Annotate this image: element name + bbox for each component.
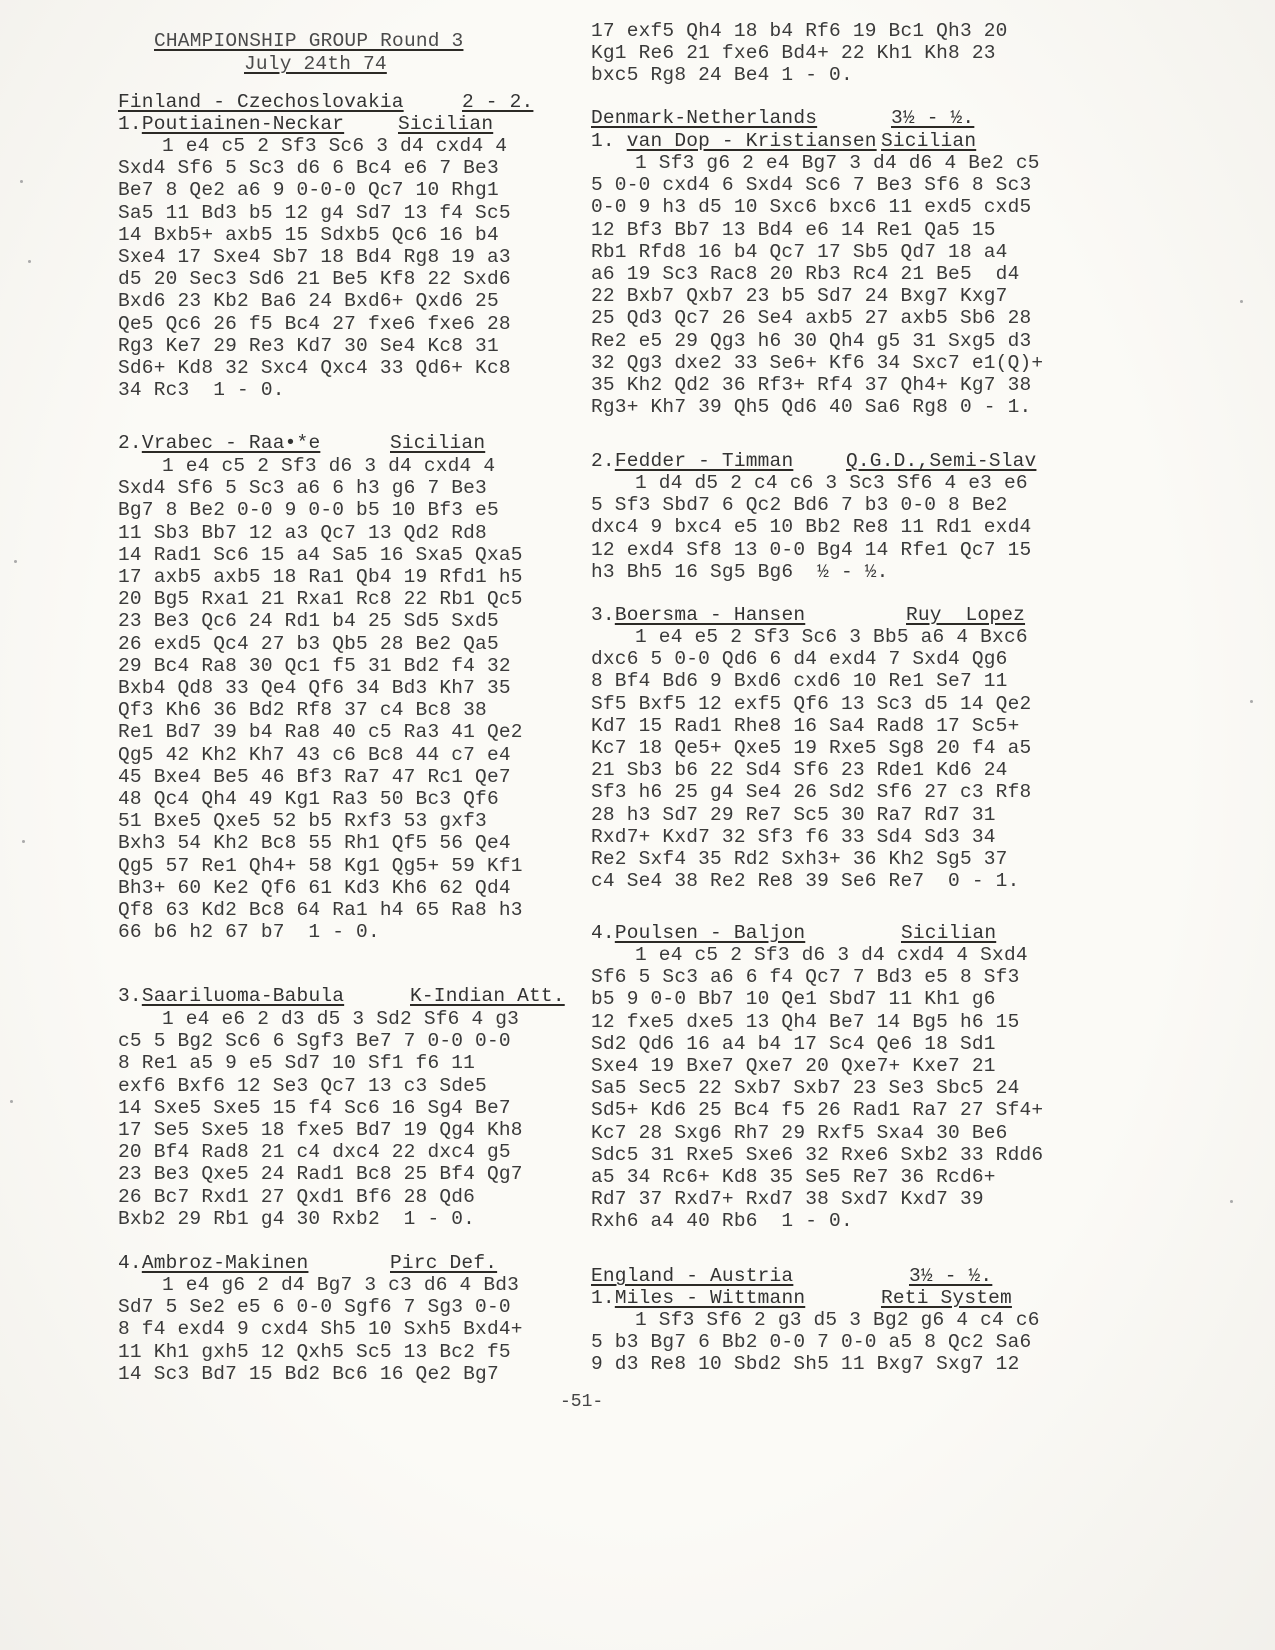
move-line: Sa5 11 Bd3 b5 12 g4 Sd7 13 f4 Sc5 (118, 202, 511, 224)
move-line: 26 exd5 Qc4 27 b3 Qb5 28 Be2 Qa5 (118, 633, 499, 655)
game-heading: 3.Saariluoma-Babula (118, 985, 344, 1007)
game-opening: Q.G.D.,Semi-Slav (846, 450, 1036, 472)
game-players: Poulsen - Baljon (615, 922, 805, 944)
move-line: 28 h3 Sd7 29 Re7 Sc5 30 Ra7 Rd7 31 (591, 804, 996, 826)
move-line: dxc6 5 0-0 Qd6 6 d4 exd4 7 Sxd4 Qg6 (591, 648, 1008, 670)
move-line: 26 Bc7 Rxd1 27 Qxd1 Bf6 28 Qd6 (118, 1186, 475, 1208)
game-opening: Sicilian (390, 432, 485, 454)
move-line: dxc4 9 bxc4 e5 10 Bb2 Re8 11 Rd1 exd4 (591, 516, 1031, 538)
game-number: 4. (591, 922, 615, 944)
paper-speck (10, 1100, 13, 1103)
game-heading: 3.Boersma - Hansen (591, 604, 805, 626)
move-line: 5 b3 Bg7 6 Bb2 0-0 7 0-0 a5 8 Qc2 Sa6 (591, 1331, 1031, 1353)
move-line: 14 Bxb5+ axb5 15 Sdxb5 Qc6 16 b4 (118, 224, 499, 246)
paper-speck (14, 560, 17, 563)
move-line: Qe5 Qc6 26 f5 Bc4 27 fxe6 fxe6 28 (118, 313, 511, 335)
move-line: c5 5 Bg2 Sc6 6 Sgf3 Be7 7 0-0 0-0 (118, 1030, 511, 1052)
move-line: Bg7 8 Be2 0-0 9 0-0 b5 10 Bf3 e5 (118, 499, 499, 521)
page-number: -51- (560, 1392, 603, 1412)
move-line: 8 Bf4 Bd6 9 Bxd6 cxd6 10 Re1 Se7 11 (591, 670, 1008, 692)
move-line: b5 9 0-0 Bb7 10 Qe1 Sbd7 11 Kh1 g6 (591, 988, 996, 1010)
move-line: Rxh6 a4 40 Rb6 1 - 0. (591, 1210, 853, 1232)
game-opening: Sicilian (901, 922, 996, 944)
move-line: 23 Be3 Qc6 24 Rd1 b4 25 Sd5 Sxd5 (118, 610, 499, 632)
move-line: 14 Sxe5 Sxe5 15 f4 Sc6 16 Sg4 Be7 (118, 1097, 511, 1119)
game-number: 3. (591, 604, 615, 626)
move-line: 9 d3 Re8 10 Sbd2 Sh5 11 Bxg7 Sxg7 12 (591, 1353, 1019, 1375)
move-line: Re2 e5 29 Qg3 h6 30 Qh4 g5 31 Sxg5 d3 (591, 330, 1031, 352)
move-line: Qg5 42 Kh2 Kh7 43 c6 Bc8 44 c7 e4 (118, 744, 511, 766)
move-line: 45 Bxe4 Be5 46 Bf3 Ra7 47 Rc1 Qe7 (118, 766, 511, 788)
game-players: Ambroz-Makinen (142, 1252, 309, 1274)
game-heading: 2.Fedder - Timman (591, 450, 793, 472)
move-line: Sxd4 Sf6 5 Sc3 a6 6 h3 g6 7 Be3 (118, 477, 487, 499)
move-line: c4 Se4 38 Re2 Re8 39 Se6 Re7 0 - 1. (591, 870, 1019, 892)
move-line: 48 Qc4 Qh4 49 Kg1 Ra3 50 Bc3 Qf6 (118, 788, 499, 810)
move-line: Bxh3 54 Kh2 Bc8 55 Rh1 Qf5 56 Qe4 (118, 832, 511, 854)
document-title: CHAMPIONSHIP GROUP Round 3 (154, 30, 463, 52)
move-line: Be7 8 Qe2 a6 9 0-0-0 Qc7 10 Rhg1 (118, 179, 499, 201)
move-line: 20 Bg5 Rxa1 21 Rxa1 Rc8 22 Rb1 Qc5 (118, 588, 523, 610)
game-number: 1. (591, 130, 627, 152)
move-line: 1 d4 d5 2 c4 c6 3 Sc3 Sf6 4 e3 e6 (591, 472, 1028, 494)
move-line: 1 e4 g6 2 d4 Bg7 3 c3 d6 4 Bd3 (118, 1274, 519, 1296)
game-players: van Dop - Kristiansen (627, 130, 877, 152)
move-line: 12 Bf3 Bb7 13 Bd4 e6 14 Re1 Qa5 15 (591, 219, 996, 241)
game-heading: 4.Ambroz-Makinen (118, 1252, 308, 1274)
game-opening: Sicilian (881, 130, 976, 152)
move-line: a5 34 Rc6+ Kd8 35 Se5 Re7 36 Rcd6+ (591, 1166, 996, 1188)
move-line: Rg3+ Kh7 39 Qh5 Qd6 40 Sa6 Rg8 0 - 1. (591, 396, 1031, 418)
paper-speck (22, 840, 25, 843)
game-number: 1. (591, 1287, 615, 1309)
game-opening: Sicilian (398, 113, 493, 135)
move-line: Sd7 5 Se2 e5 6 0-0 Sgf6 7 Sg3 0-0 (118, 1296, 511, 1318)
match-teams: England - Austria (591, 1265, 793, 1287)
game-opening: Reti System (881, 1287, 1012, 1309)
move-line: 1 e4 e5 2 Sf3 Sc6 3 Bb5 a6 4 Bxc6 (591, 626, 1028, 648)
move-line: 1 e4 c5 2 Sf3 Sc6 3 d4 cxd4 4 (118, 135, 507, 157)
move-line: Sf5 Bxf5 12 exf5 Qf6 13 Sc3 d5 14 Qe2 (591, 693, 1031, 715)
game-heading: 1. van Dop - Kristiansen (591, 130, 877, 152)
move-line: Kd7 15 Rad1 Rhe8 16 Sa4 Rad8 17 Sc5+ (591, 715, 1019, 737)
move-line: 1 Sf3 Sf6 2 g3 d5 3 Bg2 g6 4 c4 c6 (591, 1309, 1040, 1331)
game-number: 4. (118, 1252, 142, 1274)
move-line: Re2 Sxf4 35 Rd2 Sxh3+ 36 Kh2 Sg5 37 (591, 848, 1008, 870)
move-line: Kc7 18 Qe5+ Qxe5 19 Rxe5 Sg8 20 f4 a5 (591, 737, 1031, 759)
game-heading: 1.Miles - Wittmann (591, 1287, 805, 1309)
move-line: Rb1 Rfd8 16 b4 Qc7 17 Sb5 Qd7 18 a4 (591, 241, 1008, 263)
move-line: Sa5 Sec5 22 Sxb7 Sxb7 23 Se3 Sbc5 24 (591, 1077, 1019, 1099)
game-players: Boersma - Hansen (615, 604, 805, 626)
move-line: Sd2 Qd6 16 a4 b4 17 Sc4 Qe6 18 Sd1 (591, 1033, 996, 1055)
move-line: h3 Bh5 16 Sg5 Bg6 ½ - ½. (591, 561, 889, 583)
move-line: 1 e4 c5 2 Sf3 d6 3 d4 cxd4 4 (118, 455, 495, 477)
move-line: Sxd4 Sf6 5 Sc3 d6 6 Bc4 e6 7 Be3 (118, 157, 499, 179)
move-line: 21 Sb3 b6 22 Sd4 Sf6 23 Rde1 Kd6 24 (591, 759, 1008, 781)
move-line: d5 20 Sec3 Sd6 21 Be5 Kf8 22 Sxd6 (118, 268, 511, 290)
move-line: 25 Qd3 Qc7 26 Se4 axb5 27 axb5 Sb6 28 (591, 307, 1031, 329)
move-line: 0-0 9 h3 d5 10 Sxc6 bxc6 11 exd5 cxd5 (591, 196, 1031, 218)
document-date: July 24th 74 (244, 53, 387, 75)
game-number: 2. (591, 450, 615, 472)
move-line: exf6 Bxf6 12 Se3 Qc7 13 c3 Sde5 (118, 1075, 487, 1097)
move-line: 32 Qg3 dxe2 33 Se6+ Kf6 34 Sxc7 e1(Q)+ (591, 352, 1043, 374)
move-line: Kg1 Re6 21 fxe6 Bd4+ 22 Kh1 Kh8 23 (591, 42, 996, 64)
move-line: Kc7 28 Sxg6 Rh7 29 Rxf5 Sxa4 30 Be6 (591, 1122, 1008, 1144)
move-line: Sf3 h6 25 g4 Se4 26 Sd2 Sf6 27 c3 Rf8 (591, 781, 1031, 803)
move-line: Bxb4 Qd8 33 Qe4 Qf6 34 Bd3 Kh7 35 (118, 677, 511, 699)
move-line: Sxe4 19 Bxe7 Qxe7 20 Qxe7+ Kxe7 21 (591, 1055, 996, 1077)
move-line: 5 Sf3 Sbd7 6 Qc2 Bd6 7 b3 0-0 8 Be2 (591, 494, 1008, 516)
move-line: Bxd6 23 Kb2 Ba6 24 Bxd6+ Qxd6 25 (118, 290, 499, 312)
move-line: 14 Sc3 Bd7 15 Bd2 Bc6 16 Qe2 Bg7 (118, 1363, 499, 1385)
game-heading: 2.Vrabec - Raa•*e (118, 432, 320, 454)
move-line: 29 Bc4 Ra8 30 Qc1 f5 31 Bd2 f4 32 (118, 655, 511, 677)
move-line: Rd7 37 Rxd7+ Rxd7 38 Sxd7 Kxd7 39 (591, 1188, 984, 1210)
match-teams: Denmark-Netherlands (591, 107, 817, 129)
move-line: Re1 Bd7 39 b4 Ra8 40 c5 Ra3 41 Qe2 (118, 721, 523, 743)
move-line: Sf6 5 Sc3 a6 6 f4 Qc7 7 Bd3 e5 8 Sf3 (591, 966, 1019, 988)
move-line: 1 e4 e6 2 d3 d5 3 Sd2 Sf6 4 g3 (118, 1008, 519, 1030)
game-number: 1. (118, 113, 142, 135)
move-line: Sd6+ Kd8 32 Sxc4 Qxc4 33 Qd6+ Kc8 (118, 357, 511, 379)
move-line: 1 Sf3 g6 2 e4 Bg7 3 d4 d6 4 Be2 c5 (591, 152, 1040, 174)
move-line: 14 Rad1 Sc6 15 a4 Sa5 16 Sxa5 Qxa5 (118, 544, 523, 566)
move-line: 17 Se5 Sxe5 18 fxe5 Bd7 19 Qg4 Kh8 (118, 1119, 523, 1141)
move-line: 11 Sb3 Bb7 12 a3 Qc7 13 Qd2 Rd8 (118, 522, 487, 544)
game-players: Miles - Wittmann (615, 1287, 805, 1309)
paper-speck (1240, 300, 1243, 303)
move-line: 22 Bxb7 Qxb7 23 b5 Sd7 24 Bxg7 Kxg7 (591, 285, 1008, 307)
move-line: 12 fxe5 dxe5 13 Qh4 Be7 14 Bg5 h6 15 (591, 1011, 1019, 1033)
move-line: 34 Rc3 1 - 0. (118, 379, 285, 401)
game-opening: Ruy Lopez (906, 604, 1025, 626)
move-line: Qg5 57 Re1 Qh4+ 58 Kg1 Qg5+ 59 Kf1 (118, 855, 523, 877)
move-line: 23 Be3 Qxe5 24 Rad1 Bc8 25 Bf4 Qg7 (118, 1163, 523, 1185)
move-line: Sxe4 17 Sxe4 Sb7 18 Bd4 Rg8 19 a3 (118, 246, 511, 268)
move-line: 17 axb5 axb5 18 Ra1 Qb4 19 Rfd1 h5 (118, 566, 523, 588)
move-line: Bxb2 29 Rb1 g4 30 Rxb2 1 - 0. (118, 1208, 475, 1230)
move-line: bxc5 Rg8 24 Be4 1 - 0. (591, 64, 853, 86)
game-players: Poutiainen-Neckar (142, 113, 344, 135)
move-line: Qf3 Kh6 36 Bd2 Rf8 37 c4 Bc8 38 (118, 699, 487, 721)
game-heading: 4.Poulsen - Baljon (591, 922, 805, 944)
game-number: 2. (118, 432, 142, 454)
move-line: Sdc5 31 Rxe5 Sxe6 32 Rxe6 Sxb2 33 Rdd6 (591, 1144, 1043, 1166)
move-line: 17 exf5 Qh4 18 b4 Rf6 19 Bc1 Qh3 20 (591, 20, 1008, 42)
move-line: 66 b6 h2 67 b7 1 - 0. (118, 921, 380, 943)
game-players: Fedder - Timman (615, 450, 794, 472)
move-line: a6 19 Sc3 Rac8 20 Rb3 Rc4 21 Be5 d4 (591, 263, 1019, 285)
game-players: Vrabec - Raa•*e (142, 432, 321, 454)
match-score: 3½ - ½. (891, 107, 974, 129)
paper-speck (1250, 700, 1253, 703)
paper-speck (28, 260, 31, 263)
move-line: Sd5+ Kd6 25 Bc4 f5 26 Rad1 Ra7 27 Sf4+ (591, 1099, 1043, 1121)
move-line: 5 0-0 cxd4 6 Sxd4 Sc6 7 Be3 Sf6 8 Sc3 (591, 174, 1031, 196)
paper-speck (20, 180, 23, 183)
move-line: 12 exd4 Sf8 13 0-0 Bg4 14 Rfe1 Qc7 15 (591, 539, 1031, 561)
move-line: 1 e4 c5 2 Sf3 d6 3 d4 cxd4 4 Sxd4 (591, 944, 1028, 966)
match-score: 2 - 2. (462, 91, 533, 113)
move-line: Bh3+ 60 Ke2 Qf6 61 Kd3 Kh6 62 Qd4 (118, 877, 511, 899)
game-number: 3. (118, 985, 142, 1007)
move-line: 51 Bxe5 Qxe5 52 b5 Rxf3 53 gxf3 (118, 810, 487, 832)
move-line: 35 Kh2 Qd2 36 Rf3+ Rf4 37 Qh4+ Kg7 38 (591, 374, 1031, 396)
match-score: 3½ - ½. (909, 1265, 992, 1287)
move-line: Rg3 Ke7 29 Re3 Kd7 30 Se4 Kc8 31 (118, 335, 499, 357)
move-line: 8 Re1 a5 9 e5 Sd7 10 Sf1 f6 11 (118, 1052, 475, 1074)
game-heading: 1.Poutiainen-Neckar (118, 113, 344, 135)
game-players: Saariluoma-Babula (142, 985, 344, 1007)
move-line: Rxd7+ Kxd7 32 Sf3 f6 33 Sd4 Sd3 34 (591, 826, 996, 848)
game-opening: K-Indian Att. (410, 985, 565, 1007)
move-line: Qf8 63 Kd2 Bc8 64 Ra1 h4 65 Ra8 h3 (118, 899, 523, 921)
match-teams: Finland - Czechoslovakia (118, 91, 404, 113)
game-opening: Pirc Def. (390, 1252, 497, 1274)
move-line: 11 Kh1 gxh5 12 Qxh5 Sc5 13 Bc2 f5 (118, 1341, 511, 1363)
move-line: 8 f4 exd4 9 cxd4 Sh5 10 Sxh5 Bxd4+ (118, 1318, 523, 1340)
move-line: 20 Bf4 Rad8 21 c4 dxc4 22 dxc4 g5 (118, 1141, 511, 1163)
paper-speck (1230, 1200, 1233, 1203)
